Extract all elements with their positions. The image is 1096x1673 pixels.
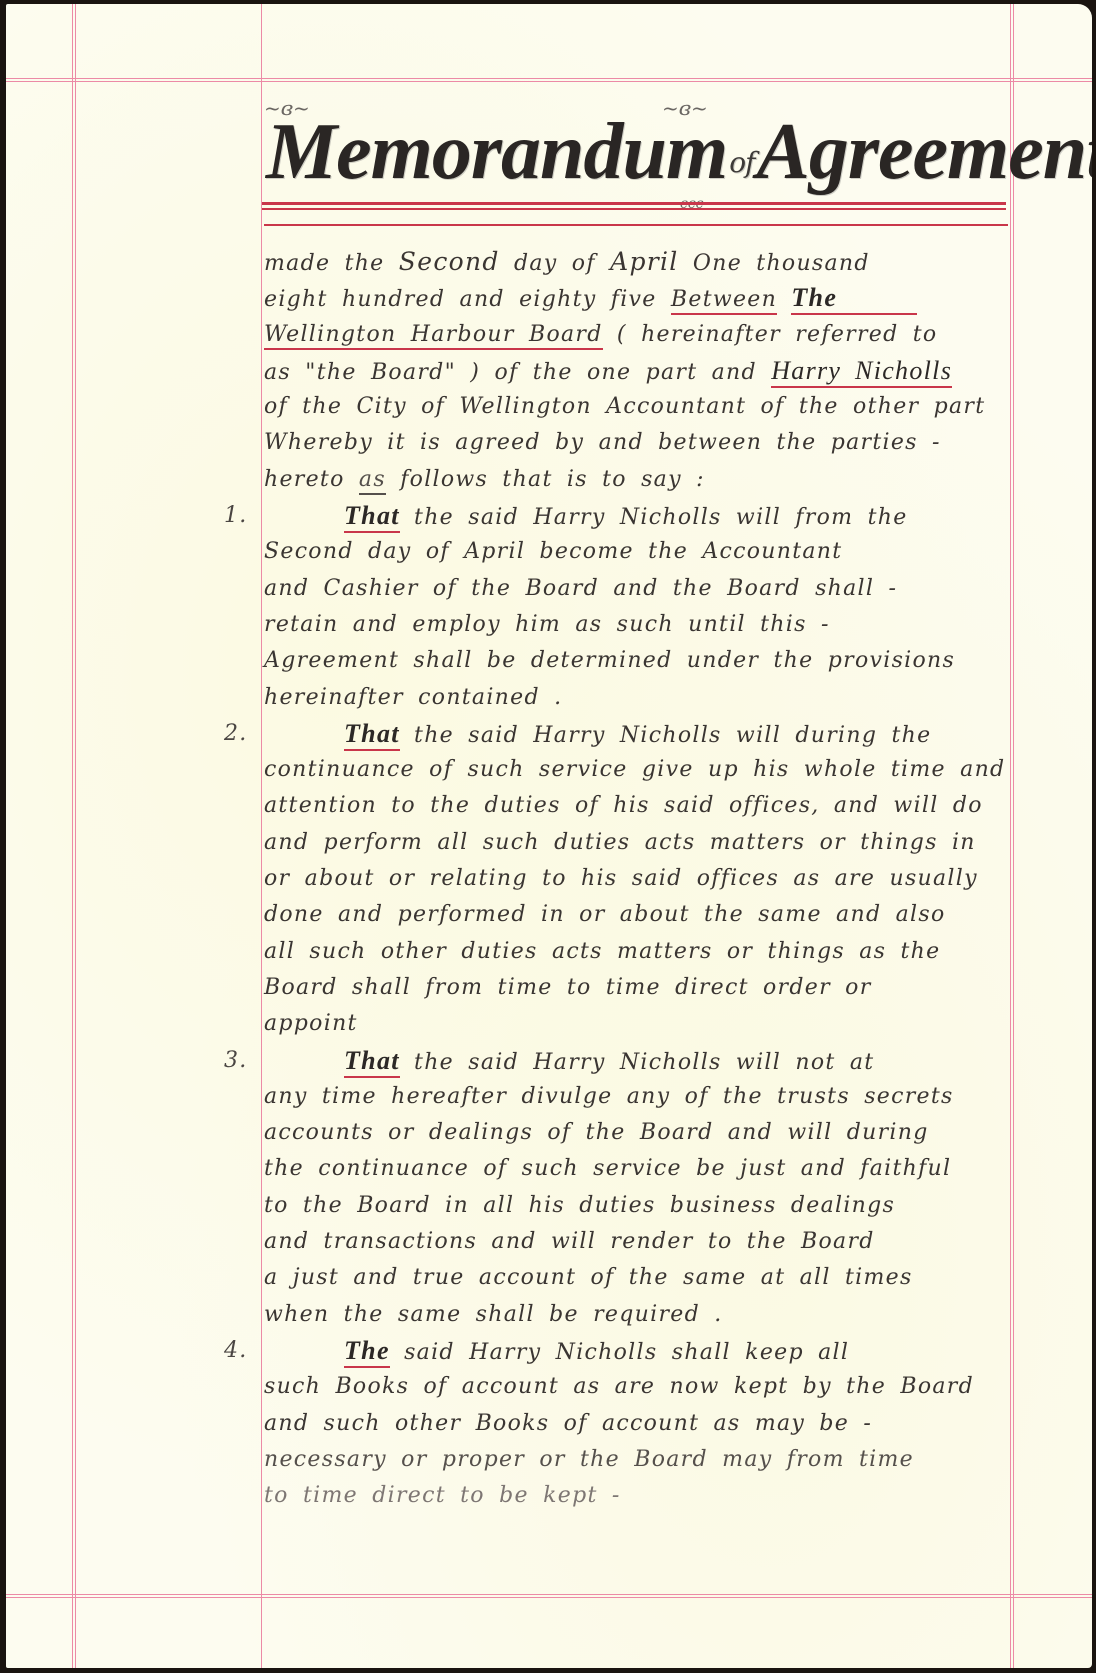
- text-line: such Books of account as are now kept by…: [264, 1369, 1024, 1405]
- text-line: Board shall from time to time direct ord…: [264, 970, 1024, 1006]
- text-line: 3.That the said Harry Nicholls will not …: [264, 1043, 1024, 1079]
- clause-2: 2.That the said Harry Nicholls will duri…: [264, 716, 1024, 1043]
- text-line: 2.That the said Harry Nicholls will duri…: [264, 716, 1024, 752]
- bottom-rule: [6, 1594, 1092, 1598]
- text-line: Wellington Harbour Board ( hereinafter r…: [264, 317, 1024, 353]
- title-underline: [264, 224, 1008, 226]
- title-word-of: of: [729, 146, 754, 179]
- clause-3: 3.That the said Harry Nicholls will not …: [264, 1043, 1024, 1333]
- text-line: as "the Board" ) of the one part and Har…: [264, 353, 1024, 389]
- date-month: April: [610, 247, 679, 276]
- text-line: or about or relating to his said offices…: [264, 861, 1024, 897]
- text-line: Agreement shall be determined under the …: [264, 643, 1024, 679]
- document-page: ~ɞ~ ~ɞ~ MemorandumofAgreement ccc made t…: [6, 4, 1092, 1668]
- text-line: accounts or dealings of the Board and wi…: [264, 1115, 1024, 1151]
- text-line: continuance of such service give up his …: [264, 752, 1024, 788]
- text-line: and such other Books of account as may b…: [264, 1406, 1024, 1442]
- text-line: appoint: [264, 1006, 1024, 1042]
- text-line: Second day of April become the Accountan…: [264, 534, 1024, 570]
- clause-1: 1.That the said Harry Nicholls will from…: [264, 498, 1024, 716]
- clause-lead-word: That: [344, 501, 400, 533]
- text-line: hereto as follows that is to say :: [264, 462, 1024, 498]
- text-line: and perform all such duties acts matters…: [264, 825, 1024, 861]
- text-line: retain and employ him as such until this…: [264, 607, 1024, 643]
- title-word-agreement: Agreement: [756, 108, 1092, 196]
- title-underline: [262, 202, 1006, 205]
- text-line: necessary or proper or the Board may fro…: [264, 1442, 1024, 1478]
- clause-number: 4.: [224, 1333, 248, 1369]
- text-line: and Cashier of the Board and the Board s…: [264, 571, 1024, 607]
- text-line: a just and true account of the same at a…: [264, 1260, 1024, 1296]
- agreement-body: made the Second day of April One thousan…: [264, 244, 1024, 1514]
- party-the: The: [791, 283, 917, 315]
- clause-4: 4.The said Harry Nicholls shall keep all…: [264, 1333, 1024, 1514]
- text-line: done and performed in or about the same …: [264, 897, 1024, 933]
- top-rule: [6, 78, 1092, 82]
- text-line: and transactions and will render to the …: [264, 1224, 1024, 1260]
- clause-number: 2.: [224, 716, 248, 752]
- title-word-memorandum: Memorandum: [266, 108, 727, 196]
- text-line: Whereby it is agreed by and between the …: [264, 425, 1024, 461]
- title-text: MemorandumofAgreement: [266, 102, 1092, 202]
- text-line: the continuance of such service be just …: [264, 1151, 1024, 1187]
- preamble: made the Second day of April One thousan…: [264, 244, 1024, 498]
- text-line: 1.That the said Harry Nicholls will from…: [264, 498, 1024, 534]
- text-line: when the same shall be required .: [264, 1297, 1024, 1333]
- keyword-between: Between: [671, 287, 777, 315]
- title-underline: [262, 208, 1006, 210]
- text-line: all such other duties acts matters or th…: [264, 934, 1024, 970]
- text-line: made the Second day of April One thousan…: [264, 244, 1024, 280]
- margin-rule-outer: [72, 4, 76, 1668]
- text-line: to time direct to be kept -: [264, 1478, 1024, 1514]
- clause-lead-word: That: [344, 1046, 400, 1078]
- clause-number: 3.: [224, 1043, 248, 1079]
- document-title: ~ɞ~ ~ɞ~ MemorandumofAgreement ccc: [262, 96, 1002, 224]
- text-line: attention to the duties of his said offi…: [264, 788, 1024, 824]
- date-day: Second: [399, 247, 500, 276]
- clause-lead-word: That: [344, 719, 400, 751]
- text-line: eight hundred and eighty five Between Th…: [264, 280, 1024, 316]
- text-line: of the City of Wellington Accountant of …: [264, 389, 1024, 425]
- party-name-board: Wellington Harbour Board: [264, 322, 603, 350]
- text-line: to the Board in all his duties business …: [264, 1188, 1024, 1224]
- text-line: hereinafter contained .: [264, 680, 1024, 716]
- clause-number: 1.: [224, 498, 248, 534]
- party-name-person: Harry Nicholls: [771, 356, 952, 388]
- text-line: any time hereafter divulge any of the tr…: [264, 1079, 1024, 1115]
- text-line: 4.The said Harry Nicholls shall keep all: [264, 1333, 1024, 1369]
- keyword-as: as: [359, 467, 386, 495]
- clause-lead-word: The: [344, 1336, 390, 1368]
